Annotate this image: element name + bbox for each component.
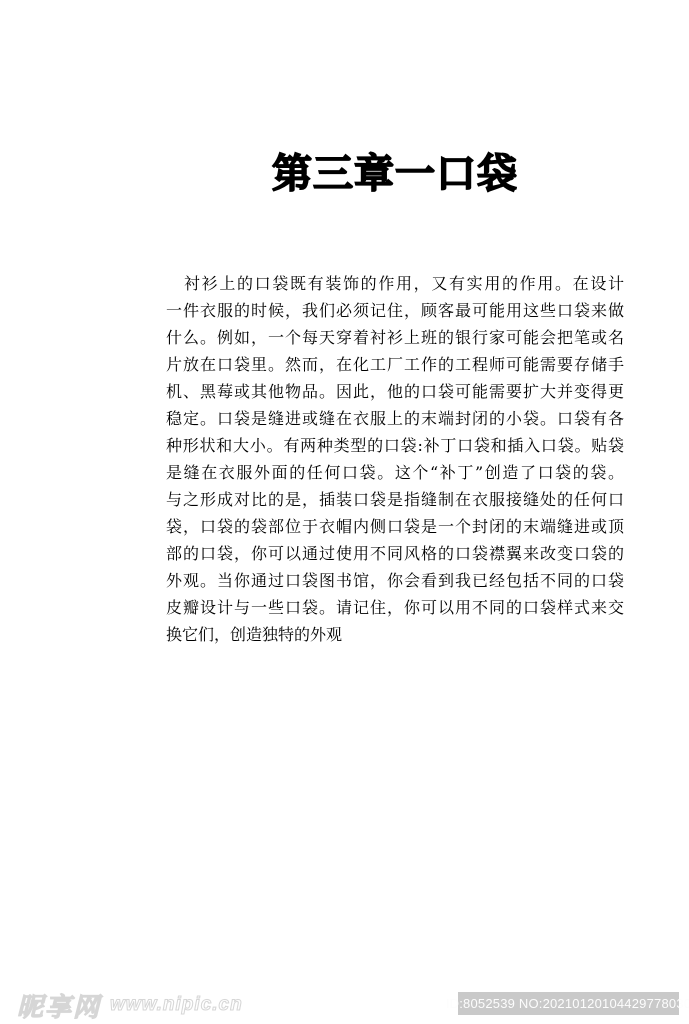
paragraph-line: 外观。当你通过口袋图书馆，你会看到我已经包括不同的口袋 bbox=[166, 567, 624, 594]
document-page: 第三章一口袋 衬衫上的口袋既有装饰的作用，又有实用的作用。在设计 一件衣服的时候… bbox=[0, 0, 689, 1024]
chapter-title: 第三章一口袋 bbox=[166, 148, 624, 200]
paragraph-line: 片放在口袋里。然而，在化工厂工作的工程师可能需要存储手 bbox=[166, 351, 624, 378]
paragraph-line: 是缝在衣服外面的任何口袋。这个“补丁”创造了口袋的袋。 bbox=[166, 459, 624, 486]
paragraph-line: 部的口袋，你可以通过使用不同风格的口袋襟翼来改变口袋的 bbox=[166, 540, 624, 567]
paragraph-line: 种形状和大小。有两种类型的口袋:补丁口袋和插入口袋。贴袋 bbox=[166, 432, 624, 459]
paragraph-line: 与之形成对比的是，插装口袋是指缝制在衣服接缝处的任何口 bbox=[166, 486, 624, 513]
paragraph-line: 衬衫上的口袋既有装饰的作用，又有实用的作用。在设计 bbox=[166, 270, 624, 297]
paragraph-line: 稳定。口袋是缝进或缝在衣服上的末端封闭的小袋。口袋有各 bbox=[166, 405, 624, 432]
nipic-logo: 昵享网 bbox=[17, 987, 101, 1024]
paragraph-line: 什么。例如，一个每天穿着衬衫上班的银行家可能会把笔或名 bbox=[166, 324, 624, 351]
paragraph-line: 一件衣服的时候，我们必须记住，顾客最可能用这些口袋来做 bbox=[166, 297, 624, 324]
image-id-badge: ID:8052539 NO:20210120104429778030 bbox=[458, 992, 679, 1015]
nipic-site-url: www.nipic.cn bbox=[110, 994, 243, 1016]
nipic-watermark: 昵享网 www.nipic.cn bbox=[17, 990, 243, 1020]
paragraph-line: 机、黑莓或其他物品。因此，他的口袋可能需要扩大并变得更 bbox=[166, 378, 624, 405]
paragraph-line: 皮瓣设计与一些口袋。请记住，你可以用不同的口袋样式来交 bbox=[166, 594, 624, 621]
paragraph-line: 袋，口袋的袋部位于衣帽内侧口袋是一个封闭的末端缝进或顶 bbox=[166, 513, 624, 540]
body-paragraph: 衬衫上的口袋既有装饰的作用，又有实用的作用。在设计 一件衣服的时候，我们必须记住… bbox=[166, 270, 624, 648]
paragraph-line: 换它们，创造独特的外观 bbox=[166, 621, 624, 648]
